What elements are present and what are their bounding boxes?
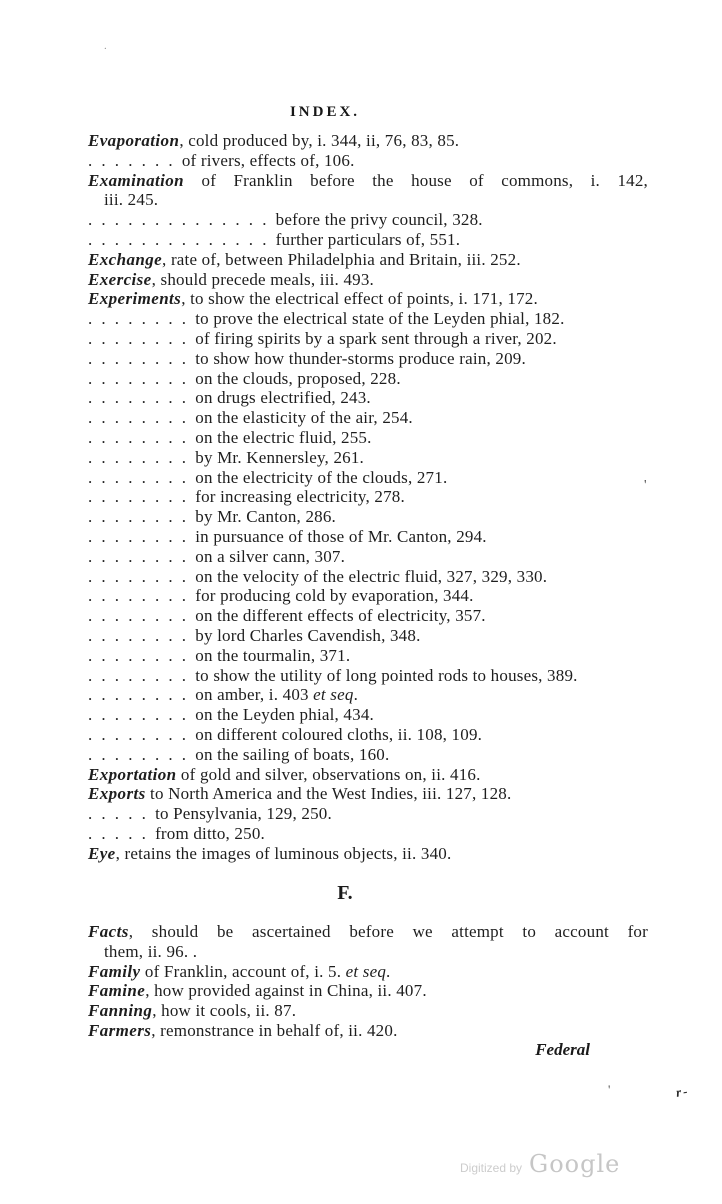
index-entry-line: . . . . . . .of rivers, effects of, 106. [88,151,648,171]
index-entry-line: . . . . . . . .on the electric fluid, 25… [88,428,648,448]
ink-mark: r- [675,1083,690,1101]
index-entry-line: Exportation of gold and silver, observat… [88,765,648,785]
leader-dots: . . . . . . . . [88,666,186,685]
entry-text: for increasing electricity, 278. [195,487,405,506]
entry-text: in pursuance of those of Mr. Canton, 294… [195,527,487,546]
index-entry-line: . . . . . . . .on the velocity of the el… [88,567,648,587]
entry-text: , how provided against in China, ii. 407… [145,981,427,1000]
entry-text: , should precede meals, iii. 493. [152,270,374,289]
index-entry-line: . . . . . . . .to show how thunder-storm… [88,349,648,369]
index-entry-line: . . . . . . . .by Mr. Kennersley, 261. [88,448,648,468]
entry-text: , how it cools, ii. 87. [152,1001,296,1020]
entry-text: on the clouds, proposed, 228. [195,369,401,388]
entry-text: to Pensylvania, 129, 250. [155,804,332,823]
index-entry-line: . . . . . . . .to show the utility of lo… [88,666,648,686]
index-entry-line: . . . . . . . .on drugs electrified, 243… [88,388,648,408]
entry-text: of Franklin, account of, i. 5. [140,962,345,981]
entry-text: of rivers, effects of, 106. [182,151,355,170]
index-entries-section-e: Evaporation, cold produced by, i. 344, i… [88,131,648,863]
entry-headword: Experiments [88,289,181,308]
entry-headword: Exportation [88,765,176,784]
index-entry-line: . . . . . . . . . . . . . .further parti… [88,230,648,250]
entry-headword: Facts [88,922,129,941]
index-entry-line: . . . . . . . .on different coloured clo… [88,725,648,745]
index-entry-line: . . . . . . . .for increasing electricit… [88,487,648,507]
index-entry-line: Farmers, remonstrance in behalf of, ii. … [88,1021,648,1041]
entry-text-italic: et seq [346,962,386,981]
page-title: INDEX. [0,104,650,121]
index-entry-line: Exports to North America and the West In… [88,784,648,804]
leader-dots: . . . . . . . . [88,567,186,586]
index-entry-line: . . . . . . . .on the sailing of boats, … [88,745,648,765]
entry-text: , should be ascertained before we attemp… [129,922,648,941]
scan-speck: ' [608,1082,610,1098]
index-entry-line: Eye, retains the images of luminous obje… [88,844,648,864]
entry-text: by lord Charles Cavendish, 348. [195,626,420,645]
index-entry-line: Famine, how provided against in China, i… [88,981,648,1001]
entry-text: to North America and the West Indies, ii… [146,784,512,803]
leader-dots: . . . . . . . . . . . . . . [88,210,267,229]
index-entry-line: . . . . . . . .on a silver cann, 307. [88,547,648,567]
index-entry-line: . . . . . . . .by lord Charles Cavendish… [88,626,648,646]
entry-text: on the Leyden phial, 434. [195,705,374,724]
section-heading-f: F. [0,882,690,905]
leader-dots: . . . . . . . . [88,369,186,388]
index-entry-line: . . . . . . . .in pursuance of those of … [88,527,648,547]
leader-dots: . . . . . [88,804,146,823]
leader-dots: . . . . . . . . [88,547,186,566]
index-entry-line: . . . . . . . .by Mr. Canton, 286. [88,507,648,527]
entry-text: by Mr. Kennersley, 261. [195,448,364,467]
index-entry-line: . . . . . . . .on amber, i. 403 et seq. [88,685,648,705]
index-entry-line: them, ii. 96. . [88,942,648,962]
entry-text-italic: et seq [313,685,353,704]
leader-dots: . . . . . . . . [88,487,186,506]
entry-text: , cold produced by, i. 344, ii, 76, 83, … [179,131,459,150]
leader-dots: . . . . . . . . [88,606,186,625]
entry-text: on the elasticity of the air, 254. [195,408,413,427]
leader-dots: . . . . . . . . [88,309,186,328]
entry-text: to prove the electrical state of the Ley… [195,309,564,328]
leader-dots: . . . . . . . . . . . . . . [88,230,267,249]
leader-dots: . . . . . . . [88,151,173,170]
entry-headword: Exchange [88,250,162,269]
index-entry-line: Evaporation, cold produced by, i. 344, i… [88,131,648,151]
entry-headword: Evaporation [88,131,179,150]
index-entry-line: Examination of Franklin before the house… [88,171,648,191]
leader-dots: . . . . . . . . [88,388,186,407]
index-entry-line: Facts, should be ascertained before we a… [88,922,648,942]
leader-dots: . . . . . . . . [88,725,186,744]
entry-text: , to show the electrical effect of point… [181,289,538,308]
leader-dots: . . . . . . . . [88,626,186,645]
scanned-page: . INDEX. Evaporation, cold produced by, … [0,0,722,1204]
entry-text: on the tourmalin, 371. [195,646,350,665]
index-entry-line: Exchange, rate of, between Philadelphia … [88,250,648,270]
index-entry-line: Experiments, to show the electrical effe… [88,289,648,309]
entry-text: for producing cold by evaporation, 344. [195,586,473,605]
index-entry-line: . . . . . . . .on the clouds, proposed, … [88,369,648,389]
entry-headword: Examination [88,171,184,190]
entry-text: from ditto, 250. [155,824,265,843]
scan-speck: ' [644,478,647,494]
entry-text: on the different effects of electricity,… [195,606,486,625]
google-watermark: Digitized by Google [460,1150,620,1178]
entry-headword: Eye [88,844,116,863]
index-entry-line: . . . . . . . .to prove the electrical s… [88,309,648,329]
entry-headword: Farmers [88,1021,151,1040]
entry-text: to show how thunder-storms produce rain,… [195,349,526,368]
entry-text: before the privy council, 328. [276,210,483,229]
entry-text: by Mr. Canton, 286. [195,507,336,526]
entry-text: further particulars of, 551. [276,230,461,249]
entry-text-tail: . [386,962,390,981]
watermark-text: Digitized by [460,1161,522,1175]
google-logo: Google [529,1150,620,1178]
index-entry-line: . . . . . . . .for producing cold by eva… [88,586,648,606]
leader-dots: . . . . . . . . [88,527,186,546]
entry-headword: Famine [88,981,145,1000]
index-entry-line: . . . . . . . .of firing spirits by a sp… [88,329,648,349]
index-entry-line: . . . . .from ditto, 250. [88,824,648,844]
index-entry-line: Exercise, should precede meals, iii. 493… [88,270,648,290]
entry-text: , rate of, between Philadelphia and Brit… [162,250,521,269]
entry-headword: Exercise [88,270,152,289]
leader-dots: . . . . . . . . [88,586,186,605]
leader-dots: . . . . . . . . [88,448,186,467]
leader-dots: . . . . . . . . [88,685,186,704]
entry-text: iii. 245. [104,190,158,209]
leader-dots: . . . . . . . . [88,349,186,368]
index-entry-line: Family of Franklin, account of, i. 5. et… [88,962,648,982]
entry-text: on the velocity of the electric fluid, 3… [195,567,547,586]
leader-dots: . . . . . . . . [88,468,186,487]
index-entry-line: . . . . . . . . . . . . . .before the pr… [88,210,648,230]
entry-text: on drugs electrified, 243. [195,388,371,407]
index-entry-line: . . . . . . . .on the different effects … [88,606,648,626]
entry-text: of gold and silver, observations on, ii.… [176,765,480,784]
index-entry-line: . . . . . . . .on the Leyden phial, 434. [88,705,648,725]
index-entry-line: . . . . . . . .on the tourmalin, 371. [88,646,648,666]
entry-text: , retains the images of luminous objects… [116,844,452,863]
catchword: Federal [88,1040,590,1060]
index-entry-line: iii. 245. [88,190,648,210]
entry-text: on the sailing of boats, 160. [195,745,389,764]
entry-text: on a silver cann, 307. [195,547,345,566]
entry-text: on the electric fluid, 255. [195,428,371,447]
entry-text: on the electricity of the clouds, 271. [195,468,447,487]
entry-text: of firing spirits by a spark sent throug… [195,329,557,348]
index-entry-line: . . . . .to Pensylvania, 129, 250. [88,804,648,824]
entry-headword: Exports [88,784,146,803]
entry-text-tail: . [354,685,358,704]
index-entries-section-f: Facts, should be ascertained before we a… [88,922,648,1041]
entry-text: on different coloured cloths, ii. 108, 1… [195,725,482,744]
leader-dots: . . . . . . . . [88,408,186,427]
entry-text: , remonstrance in behalf of, ii. 420. [151,1021,397,1040]
entry-headword: Fanning [88,1001,152,1020]
leader-dots: . . . . . . . . [88,507,186,526]
entry-text: on amber, i. 403 [195,685,313,704]
entry-text: them, ii. 96. . [104,942,197,961]
leader-dots: . . . . . . . . [88,705,186,724]
entry-headword: Family [88,962,140,981]
leader-dots: . . . . . . . . [88,745,186,764]
index-entry-line: Fanning, how it cools, ii. 87. [88,1001,648,1021]
leader-dots: . . . . . [88,824,146,843]
index-entry-line: . . . . . . . .on the elasticity of the … [88,408,648,428]
leader-dots: . . . . . . . . [88,428,186,447]
index-entry-line: . . . . . . . .on the electricity of the… [88,468,648,488]
scan-speck: . [104,40,107,52]
entry-text: of Franklin before the house of commons,… [184,171,648,190]
entry-text: to show the utility of long pointed rods… [195,666,577,685]
leader-dots: . . . . . . . . [88,646,186,665]
leader-dots: . . . . . . . . [88,329,186,348]
